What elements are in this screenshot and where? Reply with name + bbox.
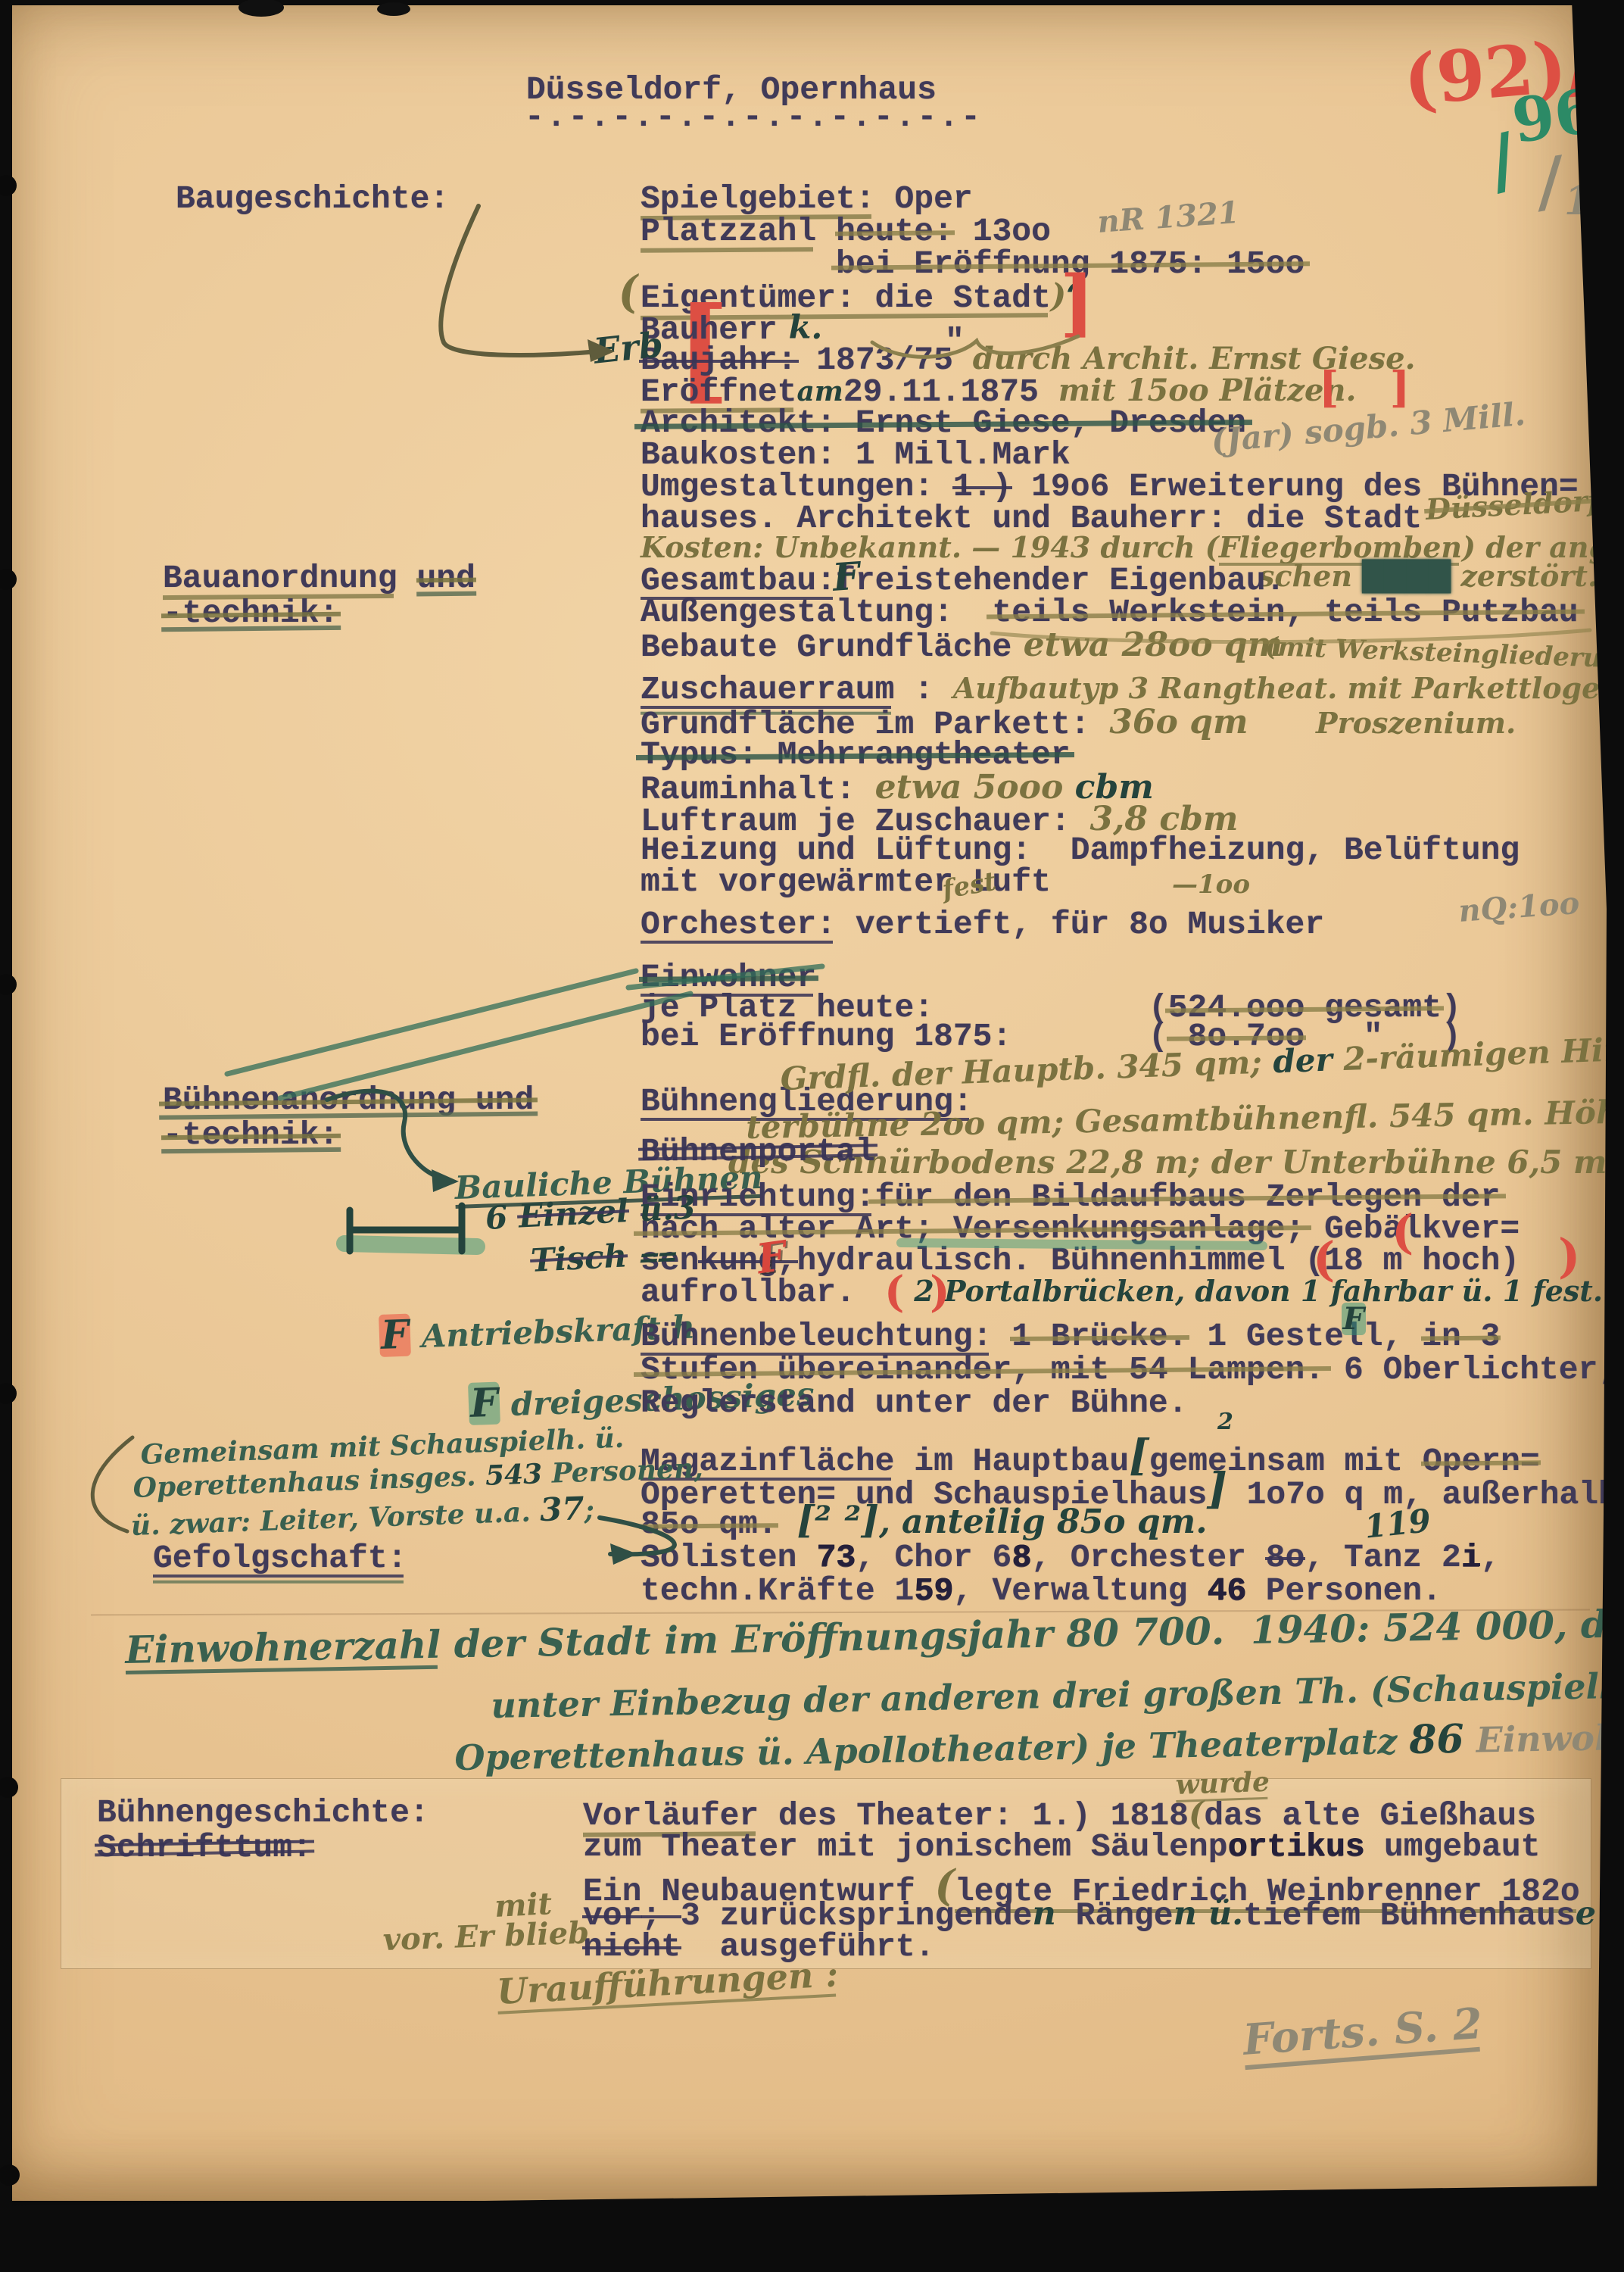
note-100: —1oo <box>1172 871 1250 901</box>
doc-segment: etwa 5ooo <box>875 769 1075 806</box>
note-fest: fest <box>940 868 999 907</box>
line-eroeffnung-1875: bei Eröffnung 1875: 15oo <box>641 247 1304 282</box>
doc-segment: heute: <box>836 214 953 249</box>
doc-segment: Erb <box>592 326 665 370</box>
doc-segment: 2 <box>1217 1410 1233 1434</box>
doc-segment: m <box>1341 1899 1361 1933</box>
doc-segment: etwa 28oo qm <box>1011 627 1283 663</box>
doc-segment <box>1402 1319 1422 1354</box>
line-stufen: Stufen übereinander, mit 54 Lampen. 6 Ob… <box>641 1353 1617 1387</box>
doc-segment: Zuschauerraum <box>641 673 894 707</box>
note-urauffuehrungen: Uraufführungen : <box>496 1955 840 2014</box>
doc-segment: 1 Gestell, <box>1188 1319 1403 1354</box>
doc-segment: , Verwaltung <box>953 1574 1207 1609</box>
doc-segment: ) <box>930 1269 950 1315</box>
doc-segment: ] <box>1060 264 1094 342</box>
doc-segment: 6 Oberlichter; <box>1324 1353 1617 1387</box>
label-buehnenanordnung: Bühnenanordnung und <box>163 1083 534 1118</box>
doc-segment: 119 <box>1363 1503 1432 1544</box>
doc-segment: ⩵ <box>626 1236 675 1273</box>
doc-segment: n ü. <box>1174 1896 1243 1931</box>
doc-segment: ] <box>1390 365 1410 410</box>
label-schrifttum: Schrifttum: <box>97 1830 312 1865</box>
doc-segment: Fliegerbomben <box>1219 532 1462 563</box>
doc-segment: 86 <box>1409 1718 1464 1762</box>
note-wurde: wurde <box>1175 1768 1270 1802</box>
note-platzzahl-pencil: nR 1321 <box>1096 196 1240 242</box>
doc-segment: anteilig 85o qm. <box>902 1504 1208 1540</box>
doc-segment: Personen. <box>1246 1574 1442 1609</box>
doc-segment: mit 15oo Plätzen. <box>1058 374 1357 407</box>
doc-segment: und <box>416 561 475 596</box>
doc-segment: Einzel <box>518 1194 629 1234</box>
doc-segment: F <box>831 556 861 598</box>
doc-segment: Tisch <box>530 1238 628 1278</box>
doc-segment: , <box>1481 1540 1501 1575</box>
doc-segment: 13oo <box>953 214 1051 249</box>
doc-segment: e <box>1576 1896 1596 1931</box>
doc-segment: 37 <box>539 1491 584 1527</box>
doc-segment: 59 <box>914 1574 953 1609</box>
doc-segment: Außengestaltung: <box>641 595 992 630</box>
scan-edge-top <box>0 0 1624 5</box>
doc-segment: Stufen übereinander, mit 54 Lampen. <box>641 1353 1324 1387</box>
doc-segment: . <box>836 1275 856 1310</box>
doc-segment: 1 Brücke. <box>1011 1319 1187 1354</box>
label-buehnenanordnung-2: -technik: <box>163 1118 338 1153</box>
doc-segment: zerstört. <box>1451 560 1598 591</box>
doc-segment: bei Eröffnung 1875: <box>641 1019 1011 1054</box>
doc-segment: vertieft, für 8o <box>836 907 1168 942</box>
doc-segment: Gefolgschaft: <box>153 1541 407 1576</box>
doc-segment: techn.Kräfte 1 <box>641 1574 914 1609</box>
doc-segment: 8o <box>1266 1540 1305 1575</box>
doc-segment: 8 <box>1011 1540 1031 1575</box>
note-vor-er-blieb: vor. Er blieb <box>382 1916 590 1959</box>
doc-segment: i <box>1461 1540 1481 1575</box>
line-spielgebiet: Spielgebiet: Oper <box>641 182 973 217</box>
doc-segment: ████ <box>1362 561 1451 592</box>
note-erbaut: Erb <box>592 326 665 373</box>
doc-segment: nR 1321 <box>1096 196 1240 239</box>
mark-sup2-hauptbau: 2 <box>1217 1410 1233 1436</box>
doc-segment: Einwohner <box>1463 1718 1624 1760</box>
doc-segment: Reglerstand unter der Bühne. <box>641 1386 1188 1421</box>
doc-segment: Platzzahl <box>641 214 816 249</box>
doc-segment: 36o qm <box>1109 704 1248 741</box>
doc-segment: Forts. S. 2 <box>1242 2001 1484 2063</box>
doc-segment: [² ²] <box>796 1500 879 1540</box>
doc-segment: Uraufführungen : <box>496 1955 840 2011</box>
doc-segment: Oper <box>875 182 973 217</box>
doc-segment: -technik: <box>163 1118 338 1153</box>
doc-segment: ortikus <box>1228 1830 1365 1865</box>
doc-segment: nQ:1oo <box>1457 887 1581 928</box>
note-fortsetzung: Forts. S. 2 <box>1242 2001 1484 2066</box>
label-gefolgschaft: Gefolgschaft: <box>153 1541 407 1576</box>
label-baugeschichte: Baugeschichte: <box>176 182 449 217</box>
doc-segment <box>778 1507 797 1542</box>
doc-segment: Bühnengeschichte: <box>97 1796 429 1830</box>
line-reglerstand: Reglerstand unter der Bühne. <box>641 1386 1188 1421</box>
doc-segment: , Tanz 2 <box>1304 1540 1460 1575</box>
mark-paren-eigentuemer: ( <box>616 268 641 321</box>
doc-segment: ] <box>1207 1466 1227 1512</box>
doc-segment: F <box>379 1314 411 1358</box>
doc-segment: der Stadt im Eröffnungsjahr 80 700. 1940… <box>441 1601 1624 1665</box>
line-techn-kraefte: techn.Kräfte 159, Verwaltung 46 Personen… <box>641 1574 1442 1609</box>
line-bebaute-grundflaeche: Bebaute Grundfläche etwa 28oo qm <box>641 627 1283 665</box>
line-zum-theater: zum Theater mit jonischem Säulenportikus… <box>583 1830 1540 1865</box>
doc-segment: Baugeschichte: <box>176 182 449 217</box>
doc-segment: 73 <box>816 1540 856 1575</box>
doc-segment: F <box>1342 1303 1366 1335</box>
doc-segment: ü. zwar: Leiter, Vorste u.a. <box>130 1497 541 1541</box>
doc-segment: Spielgebiet: <box>641 182 875 217</box>
line-buehnenbeleuchtung: Bühnenbeleuchtung: 1 Brücke. 1 Gestell, … <box>641 1319 1500 1354</box>
doc-segment <box>992 1319 1011 1354</box>
doc-segment: in 3 <box>1422 1319 1500 1354</box>
doc-segment: ; <box>584 1496 595 1525</box>
doc-segment: ü.3 <box>628 1190 697 1228</box>
doc-segment: Orchester: <box>641 907 836 942</box>
doc-segment: am <box>796 377 843 407</box>
line-platzzahl: Platzzahl heute: 13oo <box>641 214 1051 249</box>
line-850qm: 85o qm. [² ²], anteilig 85o qm. <box>641 1500 1208 1542</box>
doc-segment: vor. Er blieb <box>382 1916 590 1956</box>
doc-segment: Bauanordnung <box>163 561 397 596</box>
doc-segment: k. <box>778 311 823 345</box>
doc-segment: nicht <box>583 1930 681 1965</box>
doc-segment: , <box>879 1505 902 1540</box>
note-proszenium: Proszenium. <box>1316 707 1516 741</box>
doc-segment: wurde <box>1175 1768 1270 1800</box>
doc-segment: 543 <box>485 1459 542 1490</box>
doc-segment: 6 <box>485 1200 519 1236</box>
doc-segment <box>641 247 836 282</box>
note-orchester-pencil: nQ:1oo <box>1457 887 1581 931</box>
note-zerstoert: schen ████ zerstört. <box>1258 560 1598 595</box>
doc-segment: n <box>1033 1896 1056 1931</box>
doc-segment: 2 Portalbrücken, davon 1 fahrbar ü. 1 fe… <box>914 1275 1603 1306</box>
doc-segment: der <box>1273 1043 1333 1079</box>
doc-segment: F <box>468 1382 500 1426</box>
doc-segment: Proszenium. <box>1316 707 1516 738</box>
doc-segment: fest <box>940 868 998 905</box>
doc-segment: : <box>894 673 952 707</box>
doc-segment: Düsseldorf <box>1425 485 1601 525</box>
doc-segment <box>905 1272 930 1318</box>
doc-segment: Personen, <box>541 1454 703 1489</box>
doc-segment: ) der angloamerikani= <box>1462 532 1624 563</box>
mark-red-bracket-close: ] <box>1060 264 1094 348</box>
doc-segment: -technik: <box>163 596 338 631</box>
label-bauanordnung: Bauanordnung und <box>163 561 475 596</box>
doc-segment: Bühnenhaus <box>1361 1899 1576 1933</box>
doc-segment: ( <box>616 268 641 317</box>
doc-segment: , Chor 6 <box>856 1540 1011 1575</box>
document-scan: { "header": { "title": "Düsseldorf, Oper… <box>0 0 1624 2272</box>
doc-segment: ( <box>884 1269 905 1315</box>
scan-edge-left <box>0 0 12 2272</box>
note-duesseldorf: Düsseldorf <box>1425 485 1601 528</box>
doc-segment <box>816 214 836 249</box>
doc-segment: Schrifttum: <box>97 1830 312 1865</box>
doc-segment: [ <box>1319 365 1339 410</box>
doc-segment: —1oo <box>1172 871 1250 899</box>
doc-segment: umgebaut <box>1364 1830 1540 1865</box>
doc-segment: Kosten: Unbekannt. — 1943 durch ( <box>641 532 1219 563</box>
doc-segment: Musiker <box>1168 907 1324 942</box>
note-gestell-F: F <box>1342 1303 1366 1338</box>
note-119: 119 <box>1363 1503 1432 1547</box>
doc-segment <box>397 561 417 596</box>
label-bauanordnung-2: -technik: <box>163 596 338 631</box>
doc-segment: Bühnenbeleuchtung: <box>641 1319 992 1354</box>
line-aufrollbar: aufrollbar. 2 Portalbrücken, davon 1 fah… <box>641 1275 1603 1310</box>
doc-segment: Bebaute Grundfläche <box>641 630 1011 665</box>
doc-segment: Bühnenanordnung und <box>163 1083 534 1118</box>
mark-red-parens-aufrollbar: ( ) <box>884 1269 950 1318</box>
doc-segment: Aufbautyp 3 Rangtheat. mit Parkettlogen … <box>953 673 1624 704</box>
doc-segment: tiefe <box>1243 1899 1341 1933</box>
document-text-layer: Baugeschichte:Bauanordnung und-technik:B… <box>0 0 1624 2272</box>
doc-segment: zum Theater mit jonischem Säulenp <box>583 1830 1228 1865</box>
doc-segment: Ränge <box>1056 1899 1174 1933</box>
doc-segment: Solisten <box>641 1540 816 1575</box>
doc-segment: 85o qm. <box>641 1507 778 1542</box>
note-einwohnerzahl-1: Einwohnerzahl der Stadt im Eröffnungsjah… <box>125 1601 1624 1674</box>
doc-segment: , Orchester <box>1031 1540 1266 1575</box>
doc-segment: (mit Werksteingliederungen. <box>1265 633 1624 676</box>
label-buehnengeschichte: Bühnengeschichte: <box>97 1796 429 1830</box>
line-orchester: Orchester: vertieft, für 8o Musiker <box>641 907 1324 942</box>
doc-segment: Einwohnerzahl <box>125 1624 441 1671</box>
note-margin-tisch: Tisch ⩵ <box>530 1236 675 1281</box>
doc-segment: 46 <box>1207 1574 1246 1609</box>
